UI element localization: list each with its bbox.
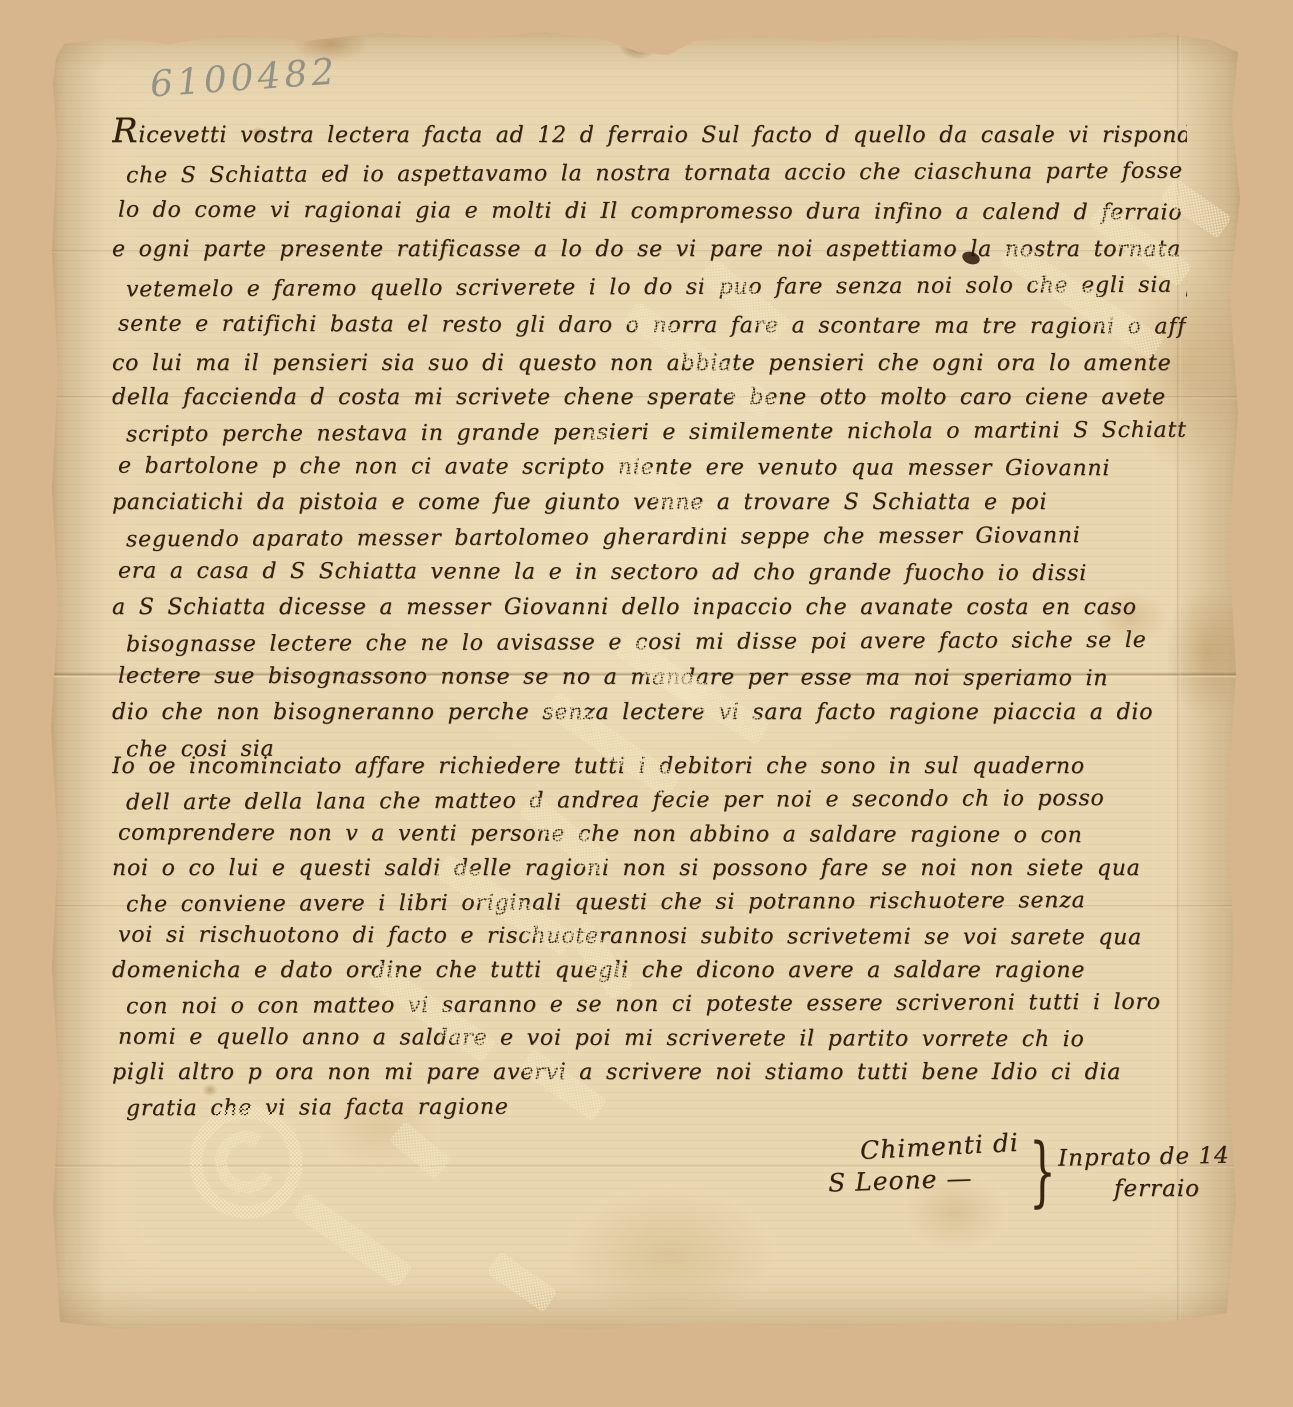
scanned-manuscript-page: { "colors": { "background": "#d7b58d", "… — [0, 0, 1293, 1407]
letter-line: noi o co lui e questi saldi delle ragion… — [112, 852, 1187, 886]
received-note-line2: ferraio — [1114, 1176, 1200, 1202]
signature-name-line1: Chimenti di — [859, 1128, 1019, 1165]
letter-paragraph-2: della faccienda d costa mi scrivete chen… — [112, 380, 1187, 765]
letter-paragraph-3: Io oe incominciato affare richiedere tut… — [112, 750, 1187, 1124]
letter-line: con noi o con matteo vi saranno e se non… — [126, 986, 1187, 1025]
archive-number: 6100482 — [149, 51, 340, 105]
letter-line: sente e ratifichi basta el resto gli dar… — [118, 306, 1187, 347]
letter-line: dio che non bisogneranno perche senza le… — [112, 695, 1187, 730]
letter-line: scripto perche nestava in grande pensier… — [126, 413, 1187, 453]
letter-line: Ricevetti vostra lectera facta ad 12 d f… — [112, 112, 1187, 155]
letter-line: lectere sue bisognassono nonse se no a m… — [118, 659, 1187, 697]
manuscript-paper: 6100482 Ricevetti vostra lectera facta a… — [50, 28, 1243, 1337]
letter-line: voi si rischuotono di facto e rischuoter… — [118, 919, 1187, 956]
letter-line: che S Schiatta ed io aspettavamo la nost… — [126, 153, 1187, 196]
letter-line: e ogni parte presente ratificasse a lo d… — [112, 231, 1187, 269]
letter-line: Io oe incominciato affare richiedere tut… — [112, 750, 1187, 784]
received-note-line1: Inprato de 14 d — [1058, 1142, 1254, 1171]
letter-line: co lui ma il pensieri sia suo di questo … — [112, 345, 1187, 383]
signature-brace: } — [1029, 1126, 1056, 1215]
signature-name-line2: S Leone — — [828, 1163, 973, 1197]
letter-line: vetemelo e faremo quello scriverete i lo… — [126, 267, 1187, 310]
letter-line: bisognasse lectere che ne lo avisasse e … — [126, 623, 1187, 663]
letter-line: e bartolone p che non ci avate scripto n… — [118, 449, 1187, 487]
letter-line: seguendo aparato messer bartolomeo ghera… — [126, 518, 1187, 558]
letter-line: lo do come vi ragionai gia e molti di Il… — [118, 192, 1187, 233]
letter-line: gratia che vi sia facta ragione — [126, 1088, 1187, 1127]
letter-line: pigli altro p ora non mi pare avervi a s… — [112, 1056, 1187, 1090]
letter-line: nomi e quello anno a saldare e voi poi m… — [118, 1021, 1187, 1058]
letter-line: della faccienda d costa mi scrivete chen… — [112, 380, 1187, 415]
letter-line: era a casa d S Schiatta venne la e in se… — [118, 554, 1187, 592]
letter-line: a S Schiatta dicesse a messer Giovanni d… — [112, 590, 1187, 625]
letter-paragraph-1: Ricevetti vostra lectera facta ad 12 d f… — [112, 112, 1187, 383]
letter-line: domenicha e dato ordine che tutti quegli… — [112, 954, 1187, 988]
signature-block: Chimenti di S Leone — } Inprato de 14 d … — [822, 1128, 1222, 1258]
letter-line: che conviene avere i libri originali que… — [126, 884, 1187, 923]
letter-line: dell arte della lana che matteo d andrea… — [126, 782, 1187, 821]
letter-line: comprendere non v a venti persone che no… — [118, 817, 1187, 854]
letter-line: panciatichi da pistoia e come fue giunto… — [112, 485, 1187, 520]
